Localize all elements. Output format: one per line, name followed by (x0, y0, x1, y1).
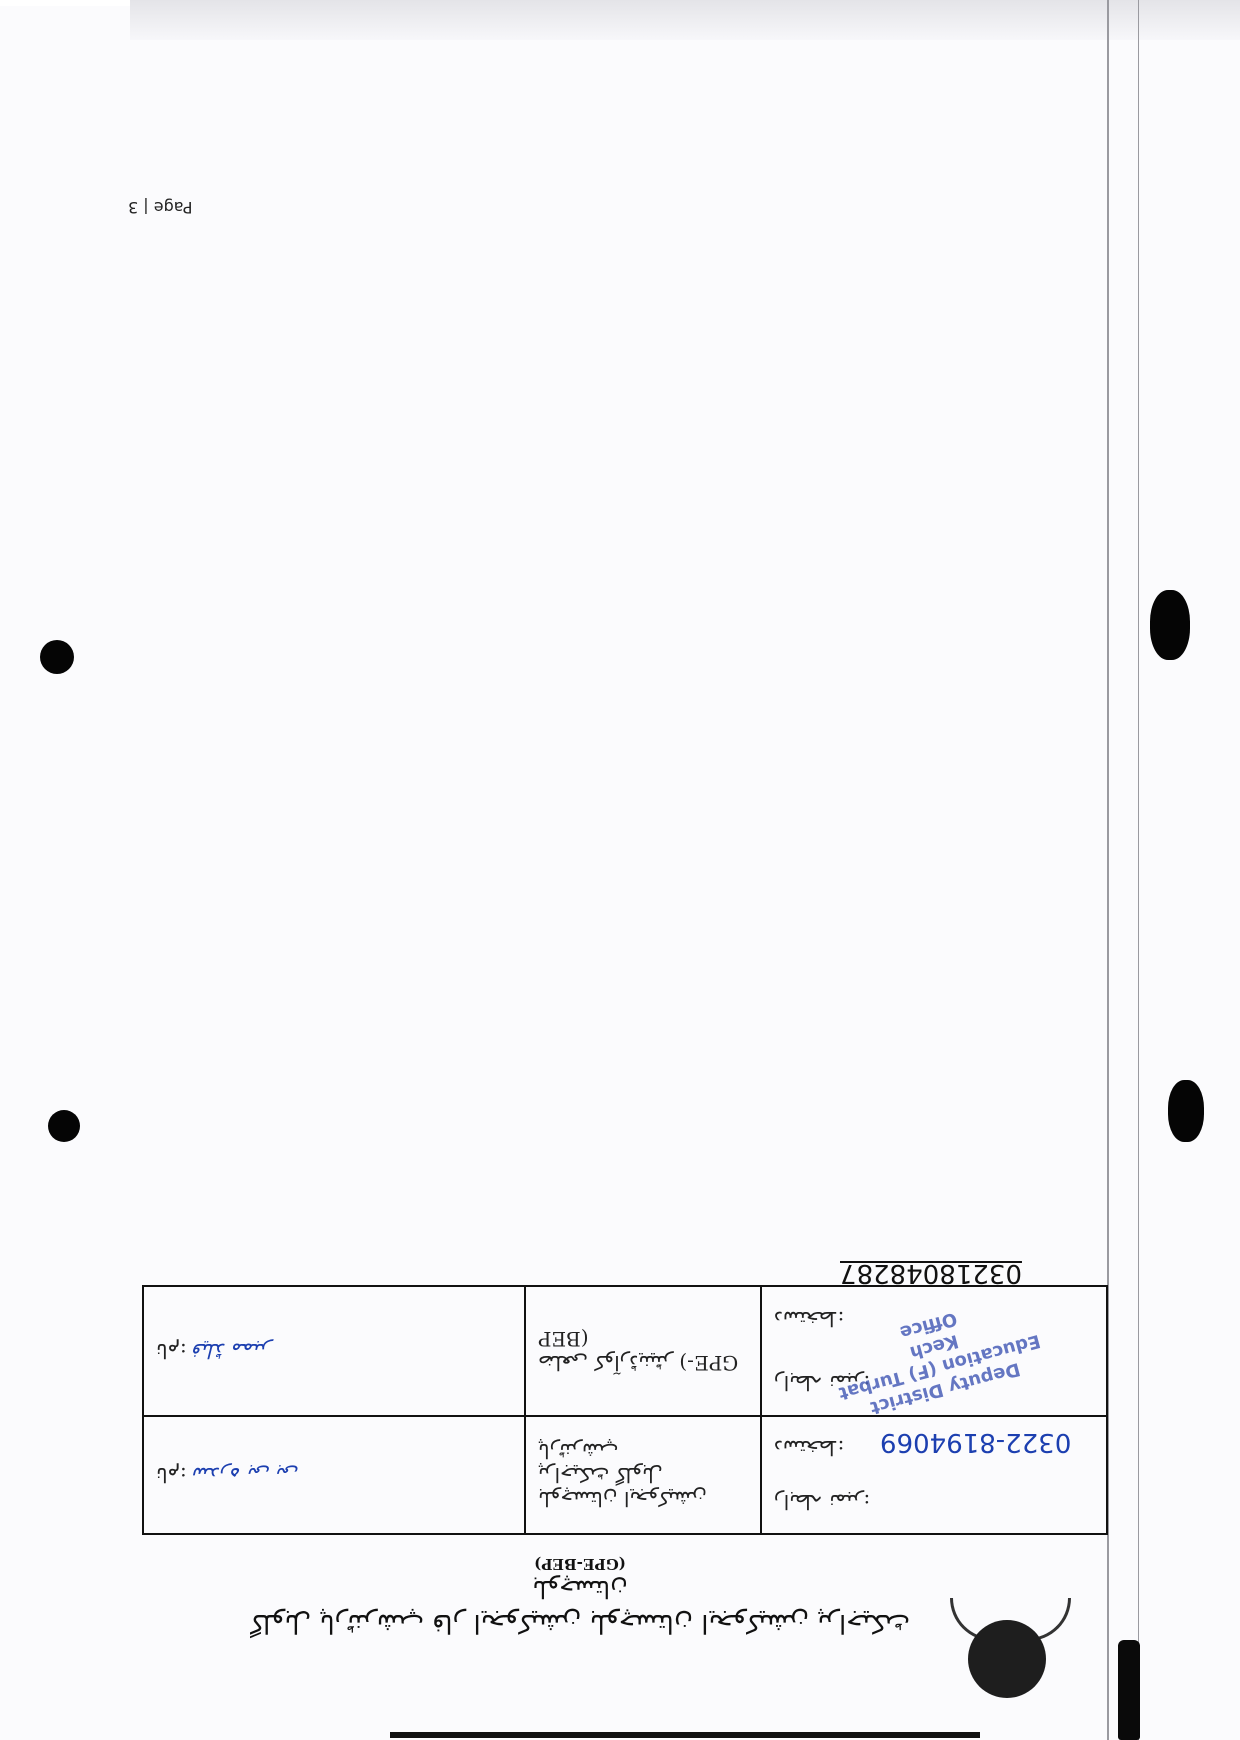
scan-corner (0, 0, 130, 6)
name-value: فیلڈ ممبر (193, 1339, 271, 1363)
header-subtitle: بلوچستان (430, 1575, 730, 1603)
project-acronym: (GPE-BEP) (430, 1555, 730, 1573)
name-label: نام: (156, 1463, 187, 1487)
punch-hole (1168, 1080, 1204, 1142)
page-edge-line (1138, 0, 1139, 1740)
name-cell: نام: فیلڈ ممبر (143, 1286, 525, 1416)
name-label: نام: (156, 1339, 187, 1363)
name-cell: نام: سدرہ بی بی (143, 1416, 525, 1534)
contact-label: رابطہ نمبر: (774, 1490, 1094, 1514)
scan-ink-mark (1118, 1640, 1140, 1740)
scan-shadow-top (130, 0, 1240, 40)
punch-hole (1150, 590, 1190, 660)
designation-cell: بلوچستان ایجوکیشن پراجیکٹ گلوبل پارٹنرشپ (525, 1416, 761, 1534)
punch-hole (48, 1110, 80, 1142)
scan-bottom-edge (390, 1732, 980, 1738)
designation-cell: ضلعی کوآرڈینیٹر (GPE-BEP) (525, 1286, 761, 1416)
designation-text: بلوچستان ایجوکیشن پراجیکٹ گلوبل پارٹنرشپ (538, 1439, 748, 1511)
contact-number-handwritten: 0322-8194069 (880, 1427, 1071, 1457)
name-value: سدرہ بی بی (193, 1463, 299, 1487)
designation-text: ضلعی کوآرڈینیٹر (GPE-BEP) (538, 1327, 748, 1375)
header-title: گلوبل پارٹنرشپ فار ایجوکیشن بلوچستان ایج… (130, 1608, 1030, 1638)
page-number: Page | 3 (128, 198, 192, 217)
project-logo-icon (968, 1620, 1046, 1698)
punch-hole (40, 640, 74, 674)
